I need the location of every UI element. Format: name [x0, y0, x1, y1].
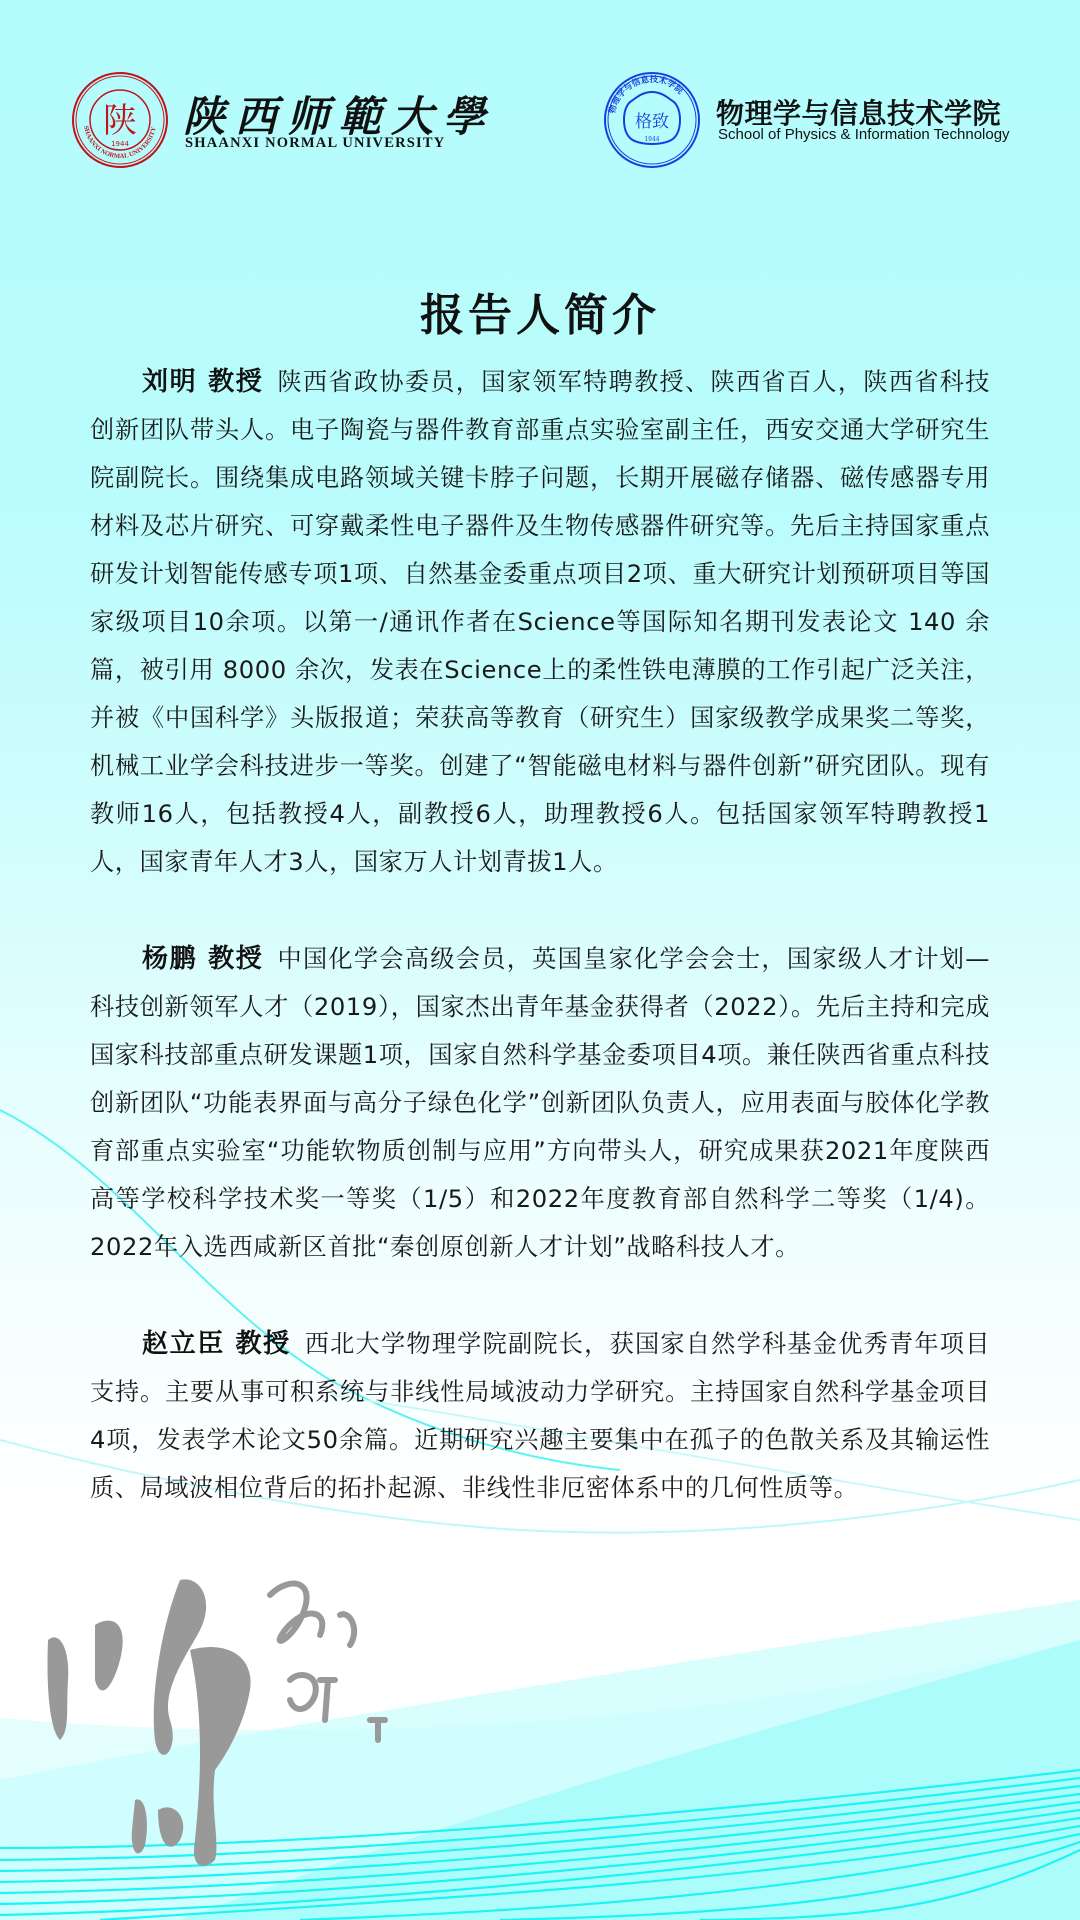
university-name-en: SHAANXI NORMAL UNIVERSITY — [185, 135, 445, 152]
speaker-name: 赵立臣 教授 — [142, 1329, 291, 1359]
speakers-section: 刘明 教授陕西省政协委员，国家领军特聘教授、陕西省百人，陕西省科技创新团队带头人… — [90, 358, 990, 1561]
svg-text:1944: 1944 — [644, 136, 659, 143]
shaanxi-normal-university-seal-icon: 陕 1944 SHAANXI NORMAL UNIVERSITY — [70, 70, 170, 170]
calligraphy-decoration — [40, 1570, 420, 1900]
svg-text:陕: 陕 — [103, 101, 137, 141]
speaker-bio-text: 中国化学会高级会员，英国皇家化学会会士，国家级人才计划—科技创新领军人才（201… — [90, 945, 990, 1261]
speaker-bio-text: 陕西省政协委员，国家领军特聘教授、陕西省百人，陕西省科技创新团队带头人。电子陶瓷… — [90, 368, 990, 876]
speaker-name: 刘明 教授 — [142, 367, 263, 397]
speaker-bio-zhao-lichen: 赵立臣 教授西北大学物理学院副院长，获国家自然学科基金优秀青年项目支持。主要从事… — [90, 1320, 990, 1512]
svg-text:物理学与信息技术学院: 物理学与信息技术学院 — [607, 74, 686, 115]
speaker-bio-liu-ming: 刘明 教授陕西省政协委员，国家领军特聘教授、陕西省百人，陕西省科技创新团队带头人… — [90, 358, 990, 886]
speaker-bio-yang-peng: 杨鹏 教授中国化学会高级会员，英国皇家化学会会士，国家级人才计划—科技创新领军人… — [90, 935, 990, 1271]
school-name-en: School of Physics & Information Technolo… — [718, 126, 1010, 143]
page-title: 报告人简介 — [0, 279, 1080, 343]
svg-text:格致: 格致 — [635, 112, 669, 132]
svg-text:1944: 1944 — [111, 140, 129, 148]
school-seal-icon: 格致 1944 物理学与信息技术学院 — [602, 70, 702, 170]
speaker-name: 杨鹏 教授 — [142, 944, 263, 974]
